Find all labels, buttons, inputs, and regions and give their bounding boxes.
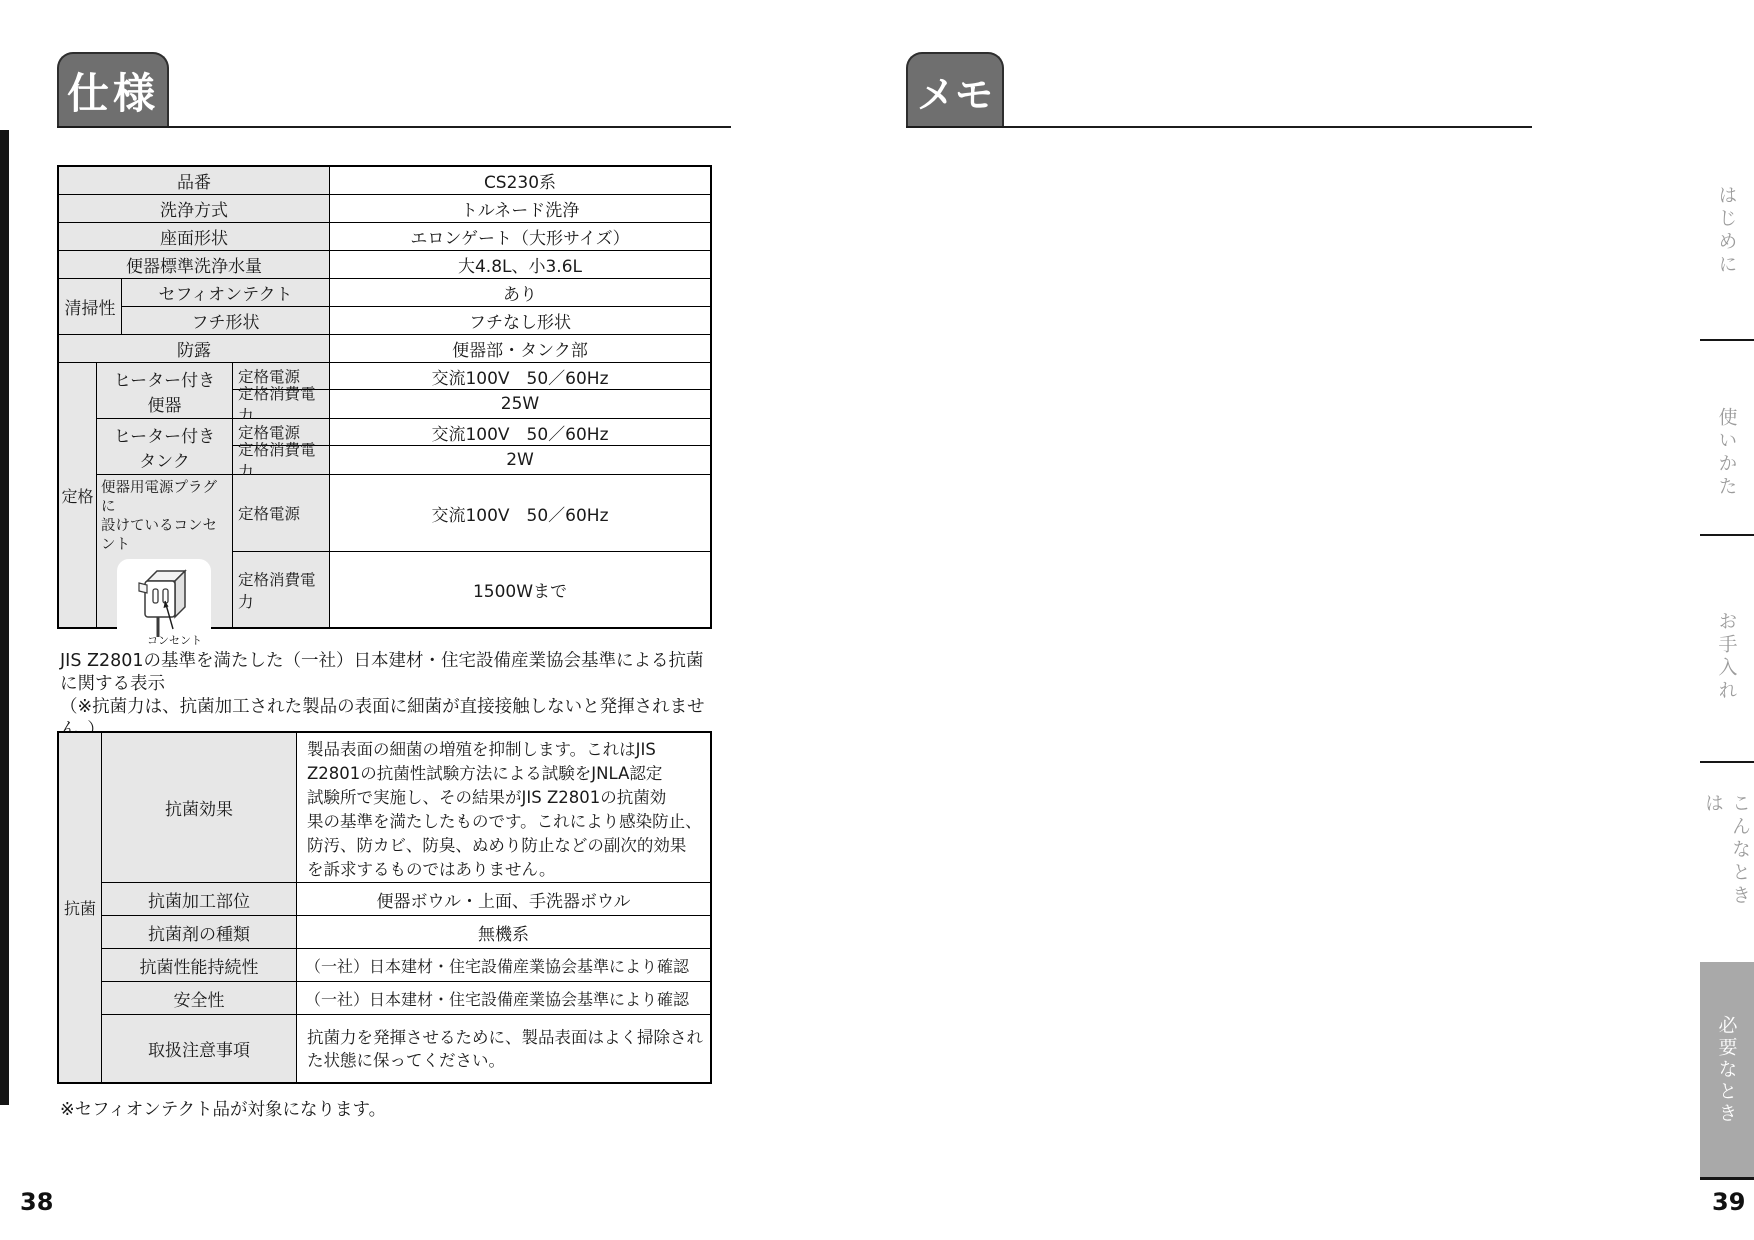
page-number-right: 39 — [1712, 1188, 1745, 1216]
spec-label-cell: 定格消費電力 — [233, 390, 330, 418]
cleanability-group-row: 清掃性 セフィオンテクト あり フチ形状 フチなし形状 — [59, 279, 710, 335]
power-plug-illustration: コンセント — [117, 559, 211, 627]
subgroup-name-cell: 便器用電源プラグに 設けているコンセント — [97, 475, 233, 627]
spec-value-cell: フチなし形状 — [330, 307, 710, 334]
table-row: 定格電源 交流100V 50／60Hz — [233, 475, 710, 552]
spec-value-cell: 交流100V 50／60Hz — [330, 419, 710, 445]
rating-subgroup: ヒーター付き 便器 定格電源 交流100V 50／60Hz 定格消費電力 25W — [97, 363, 710, 419]
spec-label-cell: フチ形状 — [122, 307, 330, 334]
spec-label-cell: 防露 — [59, 335, 330, 362]
table-row: 定格消費電力 25W — [233, 390, 710, 418]
table-row: 定格消費電力 2W — [233, 446, 710, 474]
antibacterial-note-text: JIS Z2801の基準を満たした（一社）日本建材・住宅設備産業協会基準による抗… — [60, 650, 740, 742]
antibacterial-table: 抗菌 抗菌効果 製品表面の細菌の増殖を抑制します。これはJIS Z2801の抗菌… — [57, 731, 712, 1084]
group-label-cell: 定格 — [59, 363, 97, 627]
spec-value-cell: CS230系 — [330, 167, 710, 194]
spec-label-cell: 定格消費電力 — [233, 446, 330, 474]
anti-label-cell: 抗菌性能持続性 — [102, 949, 297, 981]
anti-value-cell: 便器ボウル・上面、手洗器ボウル — [297, 883, 710, 915]
spec-header-rule — [57, 126, 731, 128]
table-row: 防露 便器部・タンク部 — [59, 335, 710, 363]
plug-caption: コンセント — [147, 631, 202, 650]
spec-value-cell: 大4.8L、小3.6L — [330, 251, 710, 278]
anti-label-cell: 抗菌効果 — [102, 733, 297, 882]
table-row: 抗菌加工部位 便器ボウル・上面、手洗器ボウル — [102, 883, 710, 916]
anti-value-cell: （一社）日本建材・住宅設備産業協会基準により確認 — [297, 949, 710, 981]
spec-value-cell: エロンゲート（大形サイズ） — [330, 223, 710, 250]
spec-label-cell: セフィオンテクト — [122, 279, 330, 306]
sidebar-divider — [1700, 761, 1754, 763]
anti-label-cell: 抗菌加工部位 — [102, 883, 297, 915]
rating-subgroup: 便器用電源プラグに 設けているコンセント — [97, 475, 710, 627]
table-row: 抗菌剤の種類 無機系 — [102, 916, 710, 949]
table-row: 取扱注意事項 抗菌力を発揮させるために、製品表面はよく掃除された状態に保ってくだ… — [102, 1015, 710, 1082]
table-row: 抗菌性能持続性 （一社）日本建材・住宅設備産業協会基準により確認 — [102, 949, 710, 982]
subgroup-name-text: 便器用電源プラグに 設けているコンセント — [101, 479, 230, 555]
anti-label-cell: 抗菌剤の種類 — [102, 916, 297, 948]
table-row: 座面形状 エロンゲート（大形サイズ） — [59, 223, 710, 251]
group-label-cell: 抗菌 — [59, 733, 102, 1082]
table-row: セフィオンテクト あり — [122, 279, 710, 307]
table-row: フチ形状 フチなし形状 — [122, 307, 710, 334]
table-row: 品番 CS230系 — [59, 167, 710, 195]
spec-value-cell: 2W — [330, 446, 710, 474]
sidebar-tab-oteire: お手入れ — [1700, 604, 1754, 709]
spec-label-cell: 定格消費電力 — [233, 552, 330, 627]
section-title-memo: メモ — [906, 52, 1004, 128]
spec-value-cell: トルネード洗浄 — [330, 195, 710, 222]
sidebar-tab-hitsuyonatoki-active: 必要なとき — [1700, 962, 1754, 1180]
anti-label-cell: 安全性 — [102, 982, 297, 1014]
spec-footnote: ※セフィオンテクト品が対象になります。 — [60, 1096, 386, 1121]
spec-value-cell: 交流100V 50／60Hz — [330, 363, 710, 389]
anti-value-cell: 製品表面の細菌の増殖を抑制します。これはJIS Z2801の抗菌性試験方法による… — [297, 733, 710, 882]
spec-label-cell: 定格電源 — [233, 475, 330, 551]
table-row: 定格消費電力 1500Wまで — [233, 552, 710, 627]
table-row: 洗浄方式 トルネード洗浄 — [59, 195, 710, 223]
sidebar-tab-hajimeni: はじめに — [1700, 178, 1754, 283]
table-row: 便器標準洗浄水量 大4.8L、小3.6L — [59, 251, 710, 279]
table-row: 抗菌効果 製品表面の細菌の増殖を抑制します。これはJIS Z2801の抗菌性試験… — [102, 733, 710, 883]
rating-subgroup: ヒーター付き タンク 定格電源 交流100V 50／60Hz 定格消費電力 2W — [97, 419, 710, 475]
spec-value-cell: あり — [330, 279, 710, 306]
anti-value-cell: （一社）日本建材・住宅設備産業協会基準により確認 — [297, 982, 710, 1014]
sidebar-tab-konnatokiwa: こんなときは — [1700, 793, 1754, 923]
spec-value-cell: 1500Wまで — [330, 552, 710, 627]
anti-label-cell: 取扱注意事項 — [102, 1015, 297, 1082]
spec-label-cell: 便器標準洗浄水量 — [59, 251, 330, 278]
anti-value-cell: 抗菌力を発揮させるために、製品表面はよく掃除された状態に保ってください。 — [297, 1015, 710, 1082]
subgroup-name-cell: ヒーター付き 便器 — [97, 363, 233, 418]
rating-group-row: 定格 ヒーター付き 便器 定格電源 交流100V 50／60Hz 定格消費電力 … — [59, 363, 710, 627]
spec-value-cell: 便器部・タンク部 — [330, 335, 710, 362]
spec-value-cell: 交流100V 50／60Hz — [330, 475, 710, 551]
group-label-cell: 清掃性 — [59, 279, 122, 334]
antibacterial-group-row: 抗菌 抗菌効果 製品表面の細菌の増殖を抑制します。これはJIS Z2801の抗菌… — [59, 733, 710, 1082]
spec-value-cell: 25W — [330, 390, 710, 418]
section-title-spec: 仕様 — [57, 52, 169, 128]
spec-label-cell: 品番 — [59, 167, 330, 194]
spec-label-cell: 洗浄方式 — [59, 195, 330, 222]
spec-label-cell: 座面形状 — [59, 223, 330, 250]
memo-header-rule — [906, 126, 1532, 128]
spec-table: 品番 CS230系 洗浄方式 トルネード洗浄 座面形状 エロンゲート（大形サイズ… — [57, 165, 712, 629]
sidebar-divider — [1700, 534, 1754, 536]
page-number-left: 38 — [20, 1188, 53, 1216]
table-row: 安全性 （一社）日本建材・住宅設備産業協会基準により確認 — [102, 982, 710, 1015]
sidebar-tab-tsukaikata: 使いかた — [1700, 400, 1754, 505]
subgroup-name-cell: ヒーター付き タンク — [97, 419, 233, 474]
sidebar-divider — [1700, 339, 1754, 341]
page-binding-bar — [0, 130, 9, 1105]
anti-value-cell: 無機系 — [297, 916, 710, 948]
